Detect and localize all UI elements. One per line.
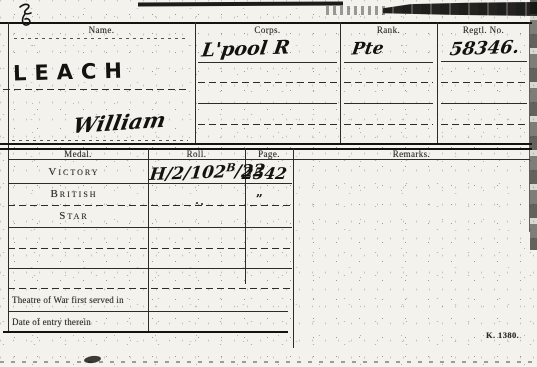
regtl-row-rule-1 bbox=[441, 61, 527, 62]
scan-top-speckle bbox=[326, 6, 388, 15]
ink-specks bbox=[196, 202, 198, 204]
surname-rule bbox=[3, 89, 189, 90]
medal-column-header: Medal. bbox=[8, 150, 148, 159]
medal-row-star-label: Star bbox=[14, 211, 134, 222]
corps-row-rule-4 bbox=[198, 124, 337, 125]
rank-row-rule-3 bbox=[344, 103, 433, 104]
surname-value: LEACH bbox=[13, 60, 130, 84]
border-right bbox=[529, 22, 530, 232]
corps-label: Corps. bbox=[196, 26, 339, 35]
date-of-entry-label: Date of entry therein bbox=[12, 318, 91, 327]
rank-label: Rank. bbox=[341, 26, 436, 35]
border-left bbox=[8, 22, 9, 332]
regtl-row-rule-2 bbox=[441, 82, 527, 83]
regtl-row-rule-3 bbox=[441, 103, 527, 104]
remarks-column-header: Remarks. bbox=[293, 150, 530, 159]
scan-top-band bbox=[383, 2, 537, 16]
medal-row-british-label: British bbox=[14, 189, 134, 200]
name-label: Name. bbox=[8, 26, 195, 35]
scan-right-strip bbox=[530, 0, 537, 250]
row-rule-blank-1 bbox=[8, 248, 292, 249]
divider-corps-rank bbox=[340, 22, 341, 143]
row-rule-blank-3 bbox=[8, 288, 292, 289]
victory-roll-pre: H/2/102 bbox=[149, 162, 227, 185]
corps-row-rule-2 bbox=[198, 82, 337, 83]
form-number: K. 1380. bbox=[486, 331, 519, 340]
row-rule-blank-2 bbox=[8, 268, 292, 269]
divider-name-corps bbox=[195, 22, 196, 143]
medal-row-victory-label: Victory bbox=[14, 167, 134, 178]
rank-row-rule-1 bbox=[344, 62, 433, 63]
regtl-no-label: Regtl. No. bbox=[438, 26, 529, 35]
forename-value: William bbox=[71, 109, 167, 136]
rank-row-rule-2 bbox=[344, 82, 433, 83]
divider-rank-regtl bbox=[437, 22, 438, 143]
divider-page-remarks bbox=[293, 148, 294, 348]
theatre-row-rule bbox=[8, 311, 288, 312]
victory-page-value: 2542 bbox=[241, 166, 288, 182]
border-top bbox=[0, 22, 532, 24]
row-rule-british bbox=[8, 205, 292, 206]
page-column-header: Page. bbox=[245, 150, 293, 159]
british-page-ditto-mark: „ bbox=[256, 186, 263, 198]
regtl-row-rule-4 bbox=[441, 124, 527, 125]
rank-value: Pte bbox=[351, 40, 385, 58]
corps-value: L'pool R bbox=[200, 38, 291, 60]
corps-row-rule-3 bbox=[198, 103, 337, 104]
scan-bottom-smudge bbox=[84, 355, 102, 364]
scan-top-bar bbox=[138, 1, 343, 6]
roll-column-header: Roll. bbox=[148, 150, 245, 159]
theatre-of-war-label: Theatre of War first served in bbox=[12, 296, 124, 305]
table-bottom-rule bbox=[3, 331, 288, 333]
name-header-rule bbox=[14, 38, 186, 39]
medal-index-card: Name. LEACH William Corps. L'pool R Rank… bbox=[0, 0, 537, 367]
row-rule-star bbox=[8, 227, 292, 228]
rank-row-rule-4 bbox=[344, 124, 433, 125]
double-rule-upper bbox=[0, 143, 532, 145]
corps-row-rule-1 bbox=[198, 62, 337, 63]
forename-rule bbox=[12, 140, 188, 141]
scan-bottom-dots bbox=[0, 361, 537, 363]
regtl-no-value: 58346. bbox=[449, 39, 521, 59]
